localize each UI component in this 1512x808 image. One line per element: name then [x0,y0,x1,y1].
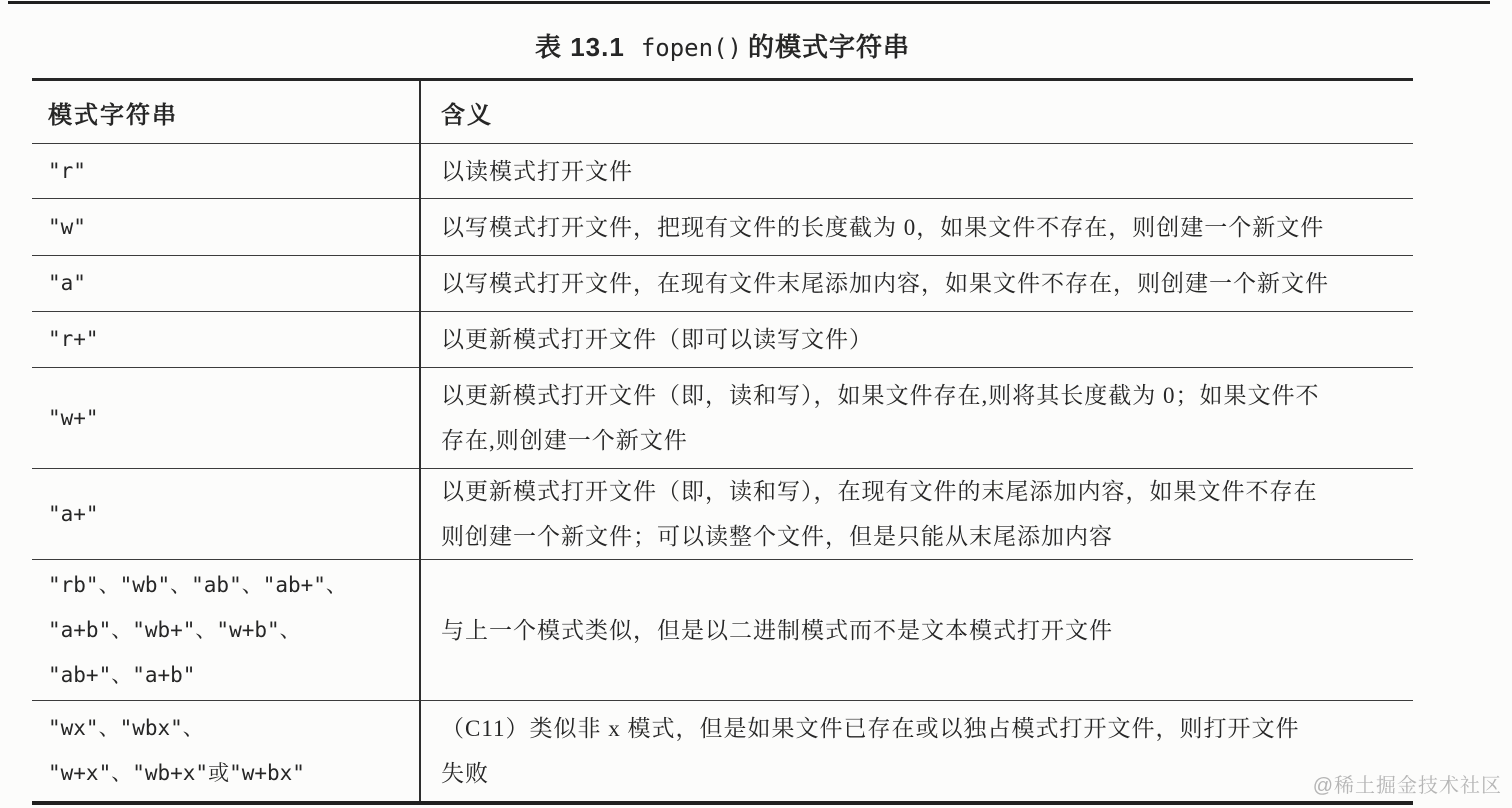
meaning-text: 以更新模式打开文件（即可以读写文件） [441,317,1413,362]
table-row-binary-modes: "rb"、"wb"、"ab"、"ab+"、 "a+b"、"wb+"、"w+b"、… [32,560,1413,701]
meaning-text: 以读模式打开文件 [441,149,1413,194]
table-row-a: "a" 以写模式打开文件，在现有文件末尾添加内容，如果文件不存在，则创建一个新文… [32,256,1413,312]
mode-text: "w+" [48,396,419,441]
table-row-w-plus: "w+" 以更新模式打开文件（即，读和写），如果文件存在,则将其长度截为 0；如… [32,368,1413,469]
meaning-cell: 以更新模式打开文件（即可以读写文件） [420,312,1413,368]
mode-text: "w+x"、"wb+x"或"w+bx" [48,751,419,796]
meaning-text: 则创建一个新文件；可以读整个文件，但是只能从末尾添加内容 [441,514,1413,559]
page-top-rule [8,1,1490,4]
mode-cell: "r+" [32,312,420,368]
table-row-a-plus: "a+" 以更新模式打开文件（即，读和写），在现有文件的末尾添加内容，如果文件不… [32,469,1413,560]
meaning-cell: （C11）类似非 x 模式，但是如果文件已存在或以独占模式打开文件，则打开文件 … [420,701,1413,804]
table-caption-code: fopen() [641,34,742,62]
column-header-meaning: 含义 [420,80,1413,144]
fopen-modes-table: 模式字符串 含义 "r" 以读模式打开文件 "w" 以写模式打开文件，把现有文件… [32,78,1413,805]
meaning-text: 以更新模式打开文件（即，读和写），如果文件存在,则将其长度截为 0；如果文件不 [441,373,1413,418]
mode-text: "a+b"、"wb+"、"w+b"、 [48,608,419,653]
mode-cell: "w" [32,199,420,256]
mode-cell: "a" [32,256,420,312]
watermark: @稀土掘金技术社区 [1313,769,1502,798]
meaning-text: 以写模式打开文件，在现有文件末尾添加内容，如果文件不存在，则创建一个新文件 [441,261,1413,306]
mode-text: "wx"、"wbx"、 [48,706,419,751]
mode-text: "w" [48,205,419,250]
meaning-cell: 以更新模式打开文件（即，读和写），如果文件存在,则将其长度截为 0；如果文件不 … [420,368,1413,469]
mode-cell: "rb"、"wb"、"ab"、"ab+"、 "a+b"、"wb+"、"w+b"、… [32,560,420,701]
mode-cell: "w+" [32,368,420,469]
meaning-cell: 以更新模式打开文件（即，读和写），在现有文件的末尾添加内容，如果文件不存在 则创… [420,469,1413,560]
mode-text: "ab+"、"a+b" [48,653,419,698]
table-row-exclusive-modes: "wx"、"wbx"、 "w+x"、"wb+x"或"w+bx" （C11）类似非… [32,701,1413,804]
meaning-cell: 与上一个模式类似，但是以二进制模式而不是文本模式打开文件 [420,560,1413,701]
meaning-text: 以更新模式打开文件（即，读和写），在现有文件的末尾添加内容，如果文件不存在 [441,469,1413,514]
meaning-cell: 以写模式打开文件，把现有文件的长度截为 0，如果文件不存在，则创建一个新文件 [420,199,1413,256]
table-row-r-plus: "r+" 以更新模式打开文件（即可以读写文件） [32,312,1413,368]
table-row-r: "r" 以读模式打开文件 [32,144,1413,199]
mode-text: "r" [48,149,419,194]
table-row-w: "w" 以写模式打开文件，把现有文件的长度截为 0，如果文件不存在，则创建一个新… [32,199,1413,256]
meaning-text: 以写模式打开文件，把现有文件的长度截为 0，如果文件不存在，则创建一个新文件 [441,205,1413,250]
mode-text: "a+" [48,492,419,537]
mode-cell: "r" [32,144,420,199]
mode-cell: "wx"、"wbx"、 "w+x"、"wb+x"或"w+bx" [32,701,420,804]
column-header-mode: 模式字符串 [32,80,420,144]
table-caption: 表 13.1fopen()的模式字符串 [32,32,1413,63]
mode-text: "r+" [48,317,419,362]
meaning-text: 存在,则创建一个新文件 [441,418,1413,463]
table-caption-suffix: 的模式字符串 [748,32,910,62]
table-header-row: 模式字符串 含义 [32,80,1413,144]
meaning-cell: 以读模式打开文件 [420,144,1413,199]
meaning-text: （C11）类似非 x 模式，但是如果文件已存在或以独占模式打开文件，则打开文件 [441,706,1413,751]
meaning-cell: 以写模式打开文件，在现有文件末尾添加内容，如果文件不存在，则创建一个新文件 [420,256,1413,312]
meaning-text: 失败 [441,751,1413,796]
table-caption-number: 表 13.1 [535,32,625,62]
mode-cell: "a+" [32,469,420,560]
mode-text: "rb"、"wb"、"ab"、"ab+"、 [48,563,419,608]
meaning-text: 与上一个模式类似，但是以二进制模式而不是文本模式打开文件 [441,608,1413,653]
mode-text: "a" [48,261,419,306]
